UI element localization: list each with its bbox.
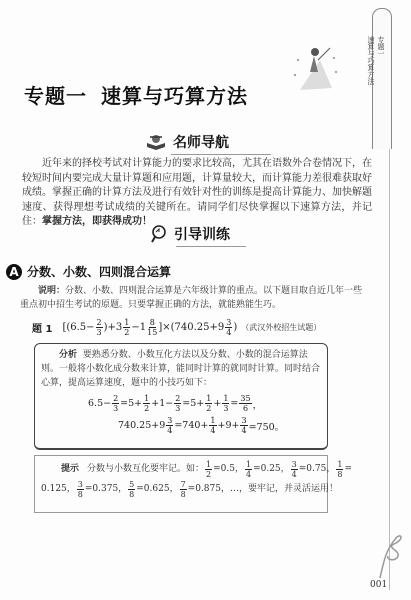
denominator: 2 (206, 404, 211, 413)
analysis-label: 分析 (59, 350, 77, 360)
denominator: 2 (206, 470, 211, 479)
numerator: 1 (209, 416, 216, 426)
denominator: 6 (243, 404, 248, 413)
fraction: 815 (147, 318, 157, 337)
tip-box: 提示 分数与小数互化要牢记。如： 12=0.5， 14=0.25， 34=0.7… (34, 455, 328, 513)
fraction: 23 (174, 394, 181, 413)
side-tab-topic: 专题一 (376, 36, 386, 85)
fraction: 34 (225, 318, 232, 337)
denominator: 3 (223, 404, 228, 413)
decimal-value: =0.625， (136, 479, 178, 499)
decimal-value: =0.375， (85, 479, 127, 499)
numerator: 1 (222, 394, 229, 404)
fraction: 23 (96, 318, 103, 337)
fraction: 34 (291, 460, 298, 479)
expr-part: =5+ (120, 398, 142, 409)
denominator: 2 (124, 328, 129, 337)
expr-part: −1 (131, 322, 146, 333)
expr-part: ， (253, 397, 263, 411)
page-title: 专题一速算与巧算方法 (24, 80, 248, 109)
heading-underline (171, 154, 271, 155)
decimal-value: = (344, 459, 352, 479)
decimal-value: =0.5， (213, 459, 244, 479)
problem-source: （武汉外校招生试题） (241, 322, 321, 333)
explain-label: 说明： (38, 286, 65, 296)
problem-label: 题 1 (32, 320, 52, 335)
denominator: 15 (147, 328, 157, 337)
numerator: 8 (149, 318, 156, 328)
numerator: 7 (180, 480, 187, 490)
numerator: 2 (96, 318, 103, 328)
tip-label: 提示 (61, 459, 79, 479)
fraction: 12 (205, 394, 212, 413)
decimal-value: =0.25， (253, 459, 290, 479)
tip-ending: …，要牢记，并灵活运用！ (230, 479, 338, 499)
numerator: 1 (205, 394, 212, 404)
denominator: 3 (113, 404, 118, 413)
numerator: 1 (245, 460, 252, 470)
numerator: 3 (291, 460, 298, 470)
expr-part: 740.25+9 (118, 420, 165, 431)
denominator: 8 (181, 490, 186, 499)
side-tab-label: 专题一 速算与巧算方法 (376, 36, 386, 85)
expr-part: =750。 (249, 419, 285, 433)
denominator: 4 (167, 426, 172, 435)
expr-part: +1− (151, 398, 173, 409)
denominator: 8 (78, 490, 83, 499)
fraction: 78 (180, 480, 187, 499)
decimal-value: =0.75， (299, 459, 336, 479)
denominator: 8 (129, 490, 134, 499)
analysis-equation-2: 740.25+9 34 =740+ 14 +9+ 34 =750。 (118, 416, 284, 435)
fraction: 18 (336, 460, 343, 479)
analysis-text: 要熟悉分数、小数互化方法以及分数、小数的混合运算法则。一般将小数化成分数来计算，… (41, 350, 320, 388)
expr-part: + (213, 398, 221, 409)
decorative-swirl-icon (374, 530, 404, 580)
denominator: 4 (292, 470, 297, 479)
analysis-equation-1: 6.5− 23 =5+ 12 +1− 23 =5+ 12 + 13 = 356 … (88, 394, 262, 413)
decimal-value: 0.125， (41, 479, 76, 499)
fraction: 14 (245, 460, 252, 479)
tip-row-2: 0.125， 38=0.375， 58=0.625， 78=0.875， …，要… (41, 479, 321, 499)
side-tab-subtitle: 速算与巧算方法 (366, 36, 376, 85)
explain-text: 分数、小数、四则混合运算是六年级计算的重点。以下题目取自近几年一些重点初中招生考… (20, 286, 362, 310)
teacher-book-icon (145, 133, 167, 151)
numerator: 1 (143, 394, 150, 404)
section-a-explanation: 说明：分数、小数、四则混合运算是六年级计算的重点。以下题目取自近几年一些重点初中… (20, 284, 370, 312)
expr-part: =740+ (174, 420, 208, 431)
heading-underline (176, 246, 246, 247)
intro-paragraph: 近年来的择校考试对计算能力的要求比较高，尤其在语数外合卷情况下，在较短时间内要完… (22, 157, 372, 230)
numerator: 5 (128, 480, 135, 490)
numerator: 2 (112, 394, 119, 404)
fairy-illustration-icon (290, 40, 340, 95)
denominator: 4 (246, 470, 251, 479)
denominator: 4 (226, 328, 231, 337)
topic-title: 速算与巧算方法 (101, 84, 248, 108)
numerator: 1 (336, 460, 343, 470)
topic-label: 专题一 (24, 84, 87, 108)
expr-part: +9+ (218, 420, 240, 431)
expr-part: ) (233, 322, 237, 333)
section-a-badge: A (6, 264, 22, 280)
fraction: 58 (128, 480, 135, 499)
page-number: 001 (370, 580, 387, 590)
fraction: 356 (239, 394, 251, 413)
section-a-header: A 分数、小数、四则混合运算 (6, 263, 171, 280)
section-a-title: 分数、小数、四则混合运算 (27, 263, 171, 280)
teacher-guide-title: 名师导航 (173, 132, 229, 152)
magnifier-icon (150, 224, 168, 244)
fraction: 12 (205, 460, 212, 479)
problem-1: 题 1 [(6.5− 23 )+3 12 −1 815 ]×(740.25+9 … (32, 318, 321, 337)
tip-row-1: 提示 分数与小数互化要牢记。如： 12=0.5， 14=0.25， 34=0.7… (41, 459, 321, 479)
numerator: 3 (225, 318, 232, 328)
fraction: 12 (123, 318, 130, 337)
denominator: 8 (337, 470, 342, 479)
numerator: 1 (123, 318, 130, 328)
denominator: 4 (241, 426, 246, 435)
fraction: 23 (112, 394, 119, 413)
numerator: 3 (77, 480, 84, 490)
guided-training-title: 引导训练 (174, 224, 230, 244)
expr-part: = (230, 398, 238, 409)
numerator: 35 (239, 394, 251, 404)
numerator: 1 (205, 460, 212, 470)
intro-emphasis: 掌握方法，即获得成功！ (42, 216, 152, 227)
expr-part: 6.5− (88, 398, 111, 409)
denominator: 2 (144, 404, 149, 413)
expr-part: )+3 (104, 322, 123, 333)
expr-part: =5+ (182, 398, 204, 409)
teacher-guide-heading: 名师导航 (145, 132, 229, 152)
guided-training-heading: 引导训练 (150, 224, 230, 244)
fraction: 13 (222, 394, 229, 413)
denominator: 4 (210, 426, 215, 435)
fraction: 38 (77, 480, 84, 499)
numerator: 2 (174, 394, 181, 404)
textbook-page: 专题一 速算与巧算方法 专题一速算与巧算方法 名师导航 近年来的择校考试对计算能… (0, 0, 411, 600)
expr-part: ]×(740.25+9 (158, 322, 224, 333)
fraction: 34 (166, 416, 173, 435)
denominator: 3 (97, 328, 102, 337)
expr-part: [(6.5− (62, 322, 94, 333)
numerator: 3 (166, 416, 173, 426)
numerator: 3 (240, 416, 247, 426)
tip-intro: 分数与小数互化要牢记。如： (87, 459, 204, 479)
decimal-value: =0.875， (188, 479, 230, 499)
fraction: 34 (240, 416, 247, 435)
denominator: 3 (175, 404, 180, 413)
fraction: 14 (209, 416, 216, 435)
fraction: 12 (143, 394, 150, 413)
